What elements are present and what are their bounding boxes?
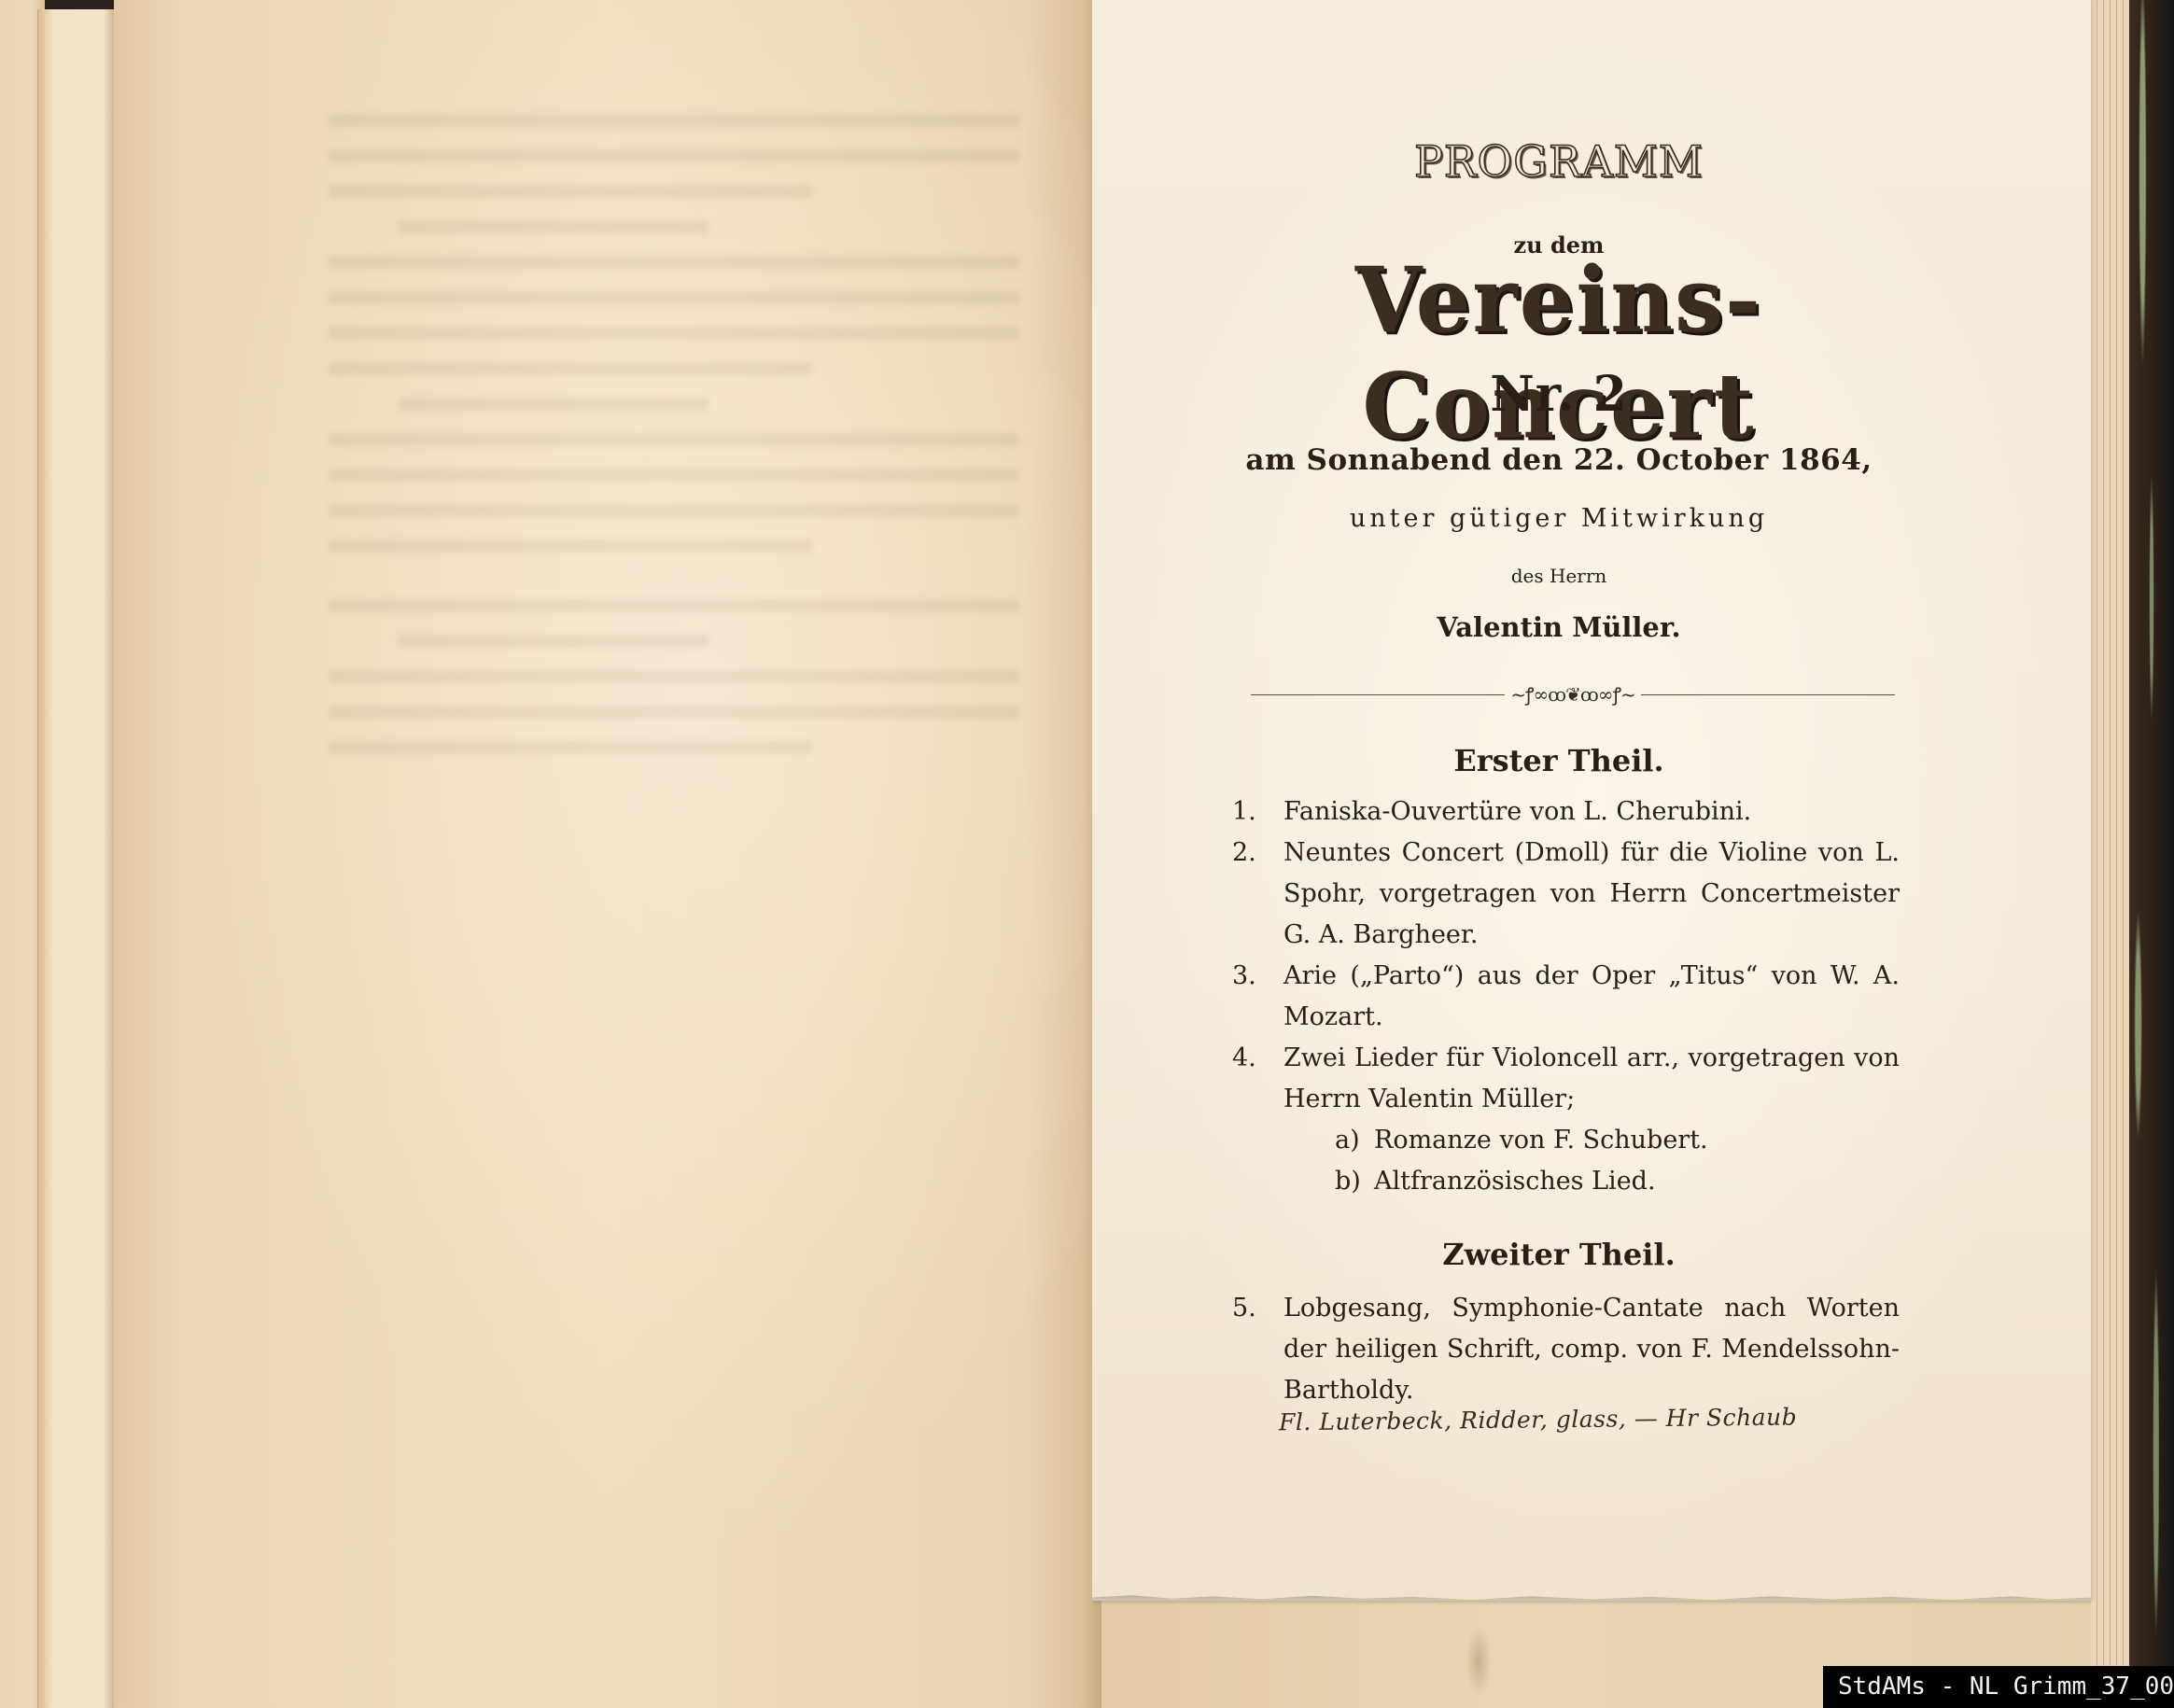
ornament-icon: ~ꝭ∞ꝏ❦ꝏ∞ꝭ~: [1505, 689, 1641, 700]
concert-date: am Sonnabend den 22. October 1864,: [1167, 443, 1951, 477]
concert-number: Nr. 2: [1204, 366, 1914, 423]
program-item: 1. Faniska-Ouvertüre von L. Cherubini.: [1232, 791, 1900, 833]
book-edge-left-inner: [37, 9, 115, 1708]
soloist-name: Valentin Müller.: [1204, 611, 1914, 643]
heading-programm: PROGRAMM: [1204, 136, 1914, 187]
book-scan: PROGRAMM zu dem Vereins-Concert Nr. 2 am…: [0, 0, 2174, 1708]
program-item: 4. Zwei Lieder für Violoncell arr., vorg…: [1232, 1038, 1900, 1120]
program-item: 3. Arie („Parto“) aus der Oper „Titus“ v…: [1232, 956, 1900, 1038]
cooperation-line: unter gütiger Mitwirkung: [1204, 504, 1914, 533]
program-subitem: a) Romanze von F. Schubert.: [1232, 1120, 1900, 1161]
ink-stain: [1466, 1624, 1492, 1699]
program-subitem: b) Altfranzösisches Lied.: [1232, 1161, 1900, 1202]
des-herrn-line: des Herrn: [1204, 565, 1914, 587]
section-items-zweiter-theil: 5. Lobgesang, Symphonie-Cantate nach Wor…: [1232, 1288, 1900, 1411]
archive-label: StdAMs - NL Grimm_37_006: [1823, 1666, 2174, 1708]
program-item: 5. Lobgesang, Symphonie-Cantate nach Wor…: [1232, 1288, 1900, 1411]
left-page-verso: [114, 0, 1103, 1708]
bleed-through-text-block: [329, 93, 1019, 777]
marbled-cover-edge: [2129, 0, 2174, 1708]
page-stack-edge: [2091, 0, 2132, 1708]
section-title-erster-theil: Erster Theil.: [1204, 743, 1914, 778]
ornamental-divider: ~ꝭ∞ꝏ❦ꝏ∞ꝭ~: [1251, 689, 1895, 700]
program-item: 2. Neuntes Concert (Dmoll) für die Violi…: [1232, 833, 1900, 956]
section-title-zweiter-theil: Zweiter Theil.: [1204, 1237, 1914, 1272]
section-items-erster-theil: 1. Faniska-Ouvertüre von L. Cherubini. 2…: [1232, 791, 1900, 1202]
concert-title: Vereins-Concert: [1176, 247, 1942, 459]
